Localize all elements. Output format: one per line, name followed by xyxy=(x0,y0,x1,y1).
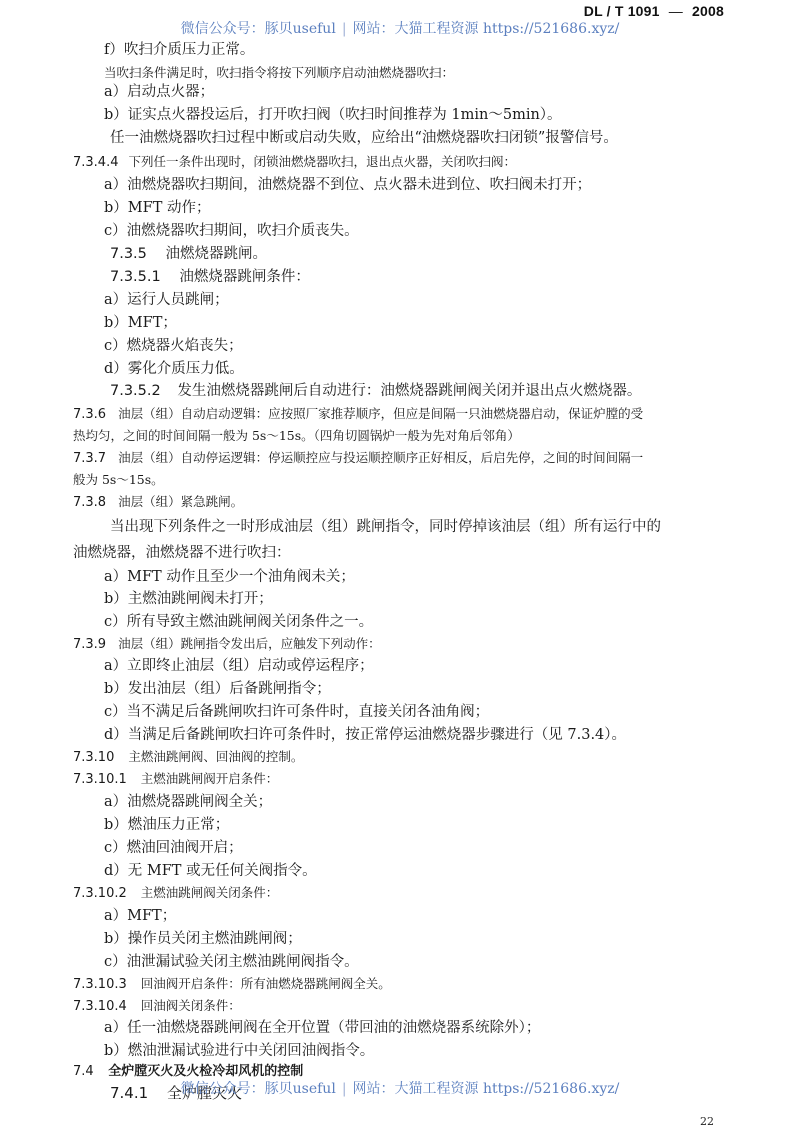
clause-number: 7.3.10.3 xyxy=(73,978,127,991)
clause-text: 下列任一条件出现时，闭锁油燃烧器吹扫，退出点火器，关闭吹扫阀： xyxy=(128,154,516,169)
clause-7-3-7: 7.3.7 油层（组）自动停运逻辑：停运顺控应与投运顺控顺序正好相反，后启先停，… xyxy=(73,452,643,465)
list-item: a）立即终止油层（组）启动或停运程序； xyxy=(104,659,374,674)
clause-7-3-6: 7.3.6 油层（组）自动启动逻辑：应按照厂家推荐顺序，但应是间隔一只油燃烧器启… xyxy=(73,408,643,421)
watermark-bottom: 微信公众号：豚贝useful|网站：大猫工程资源 https://521686.… xyxy=(0,1082,800,1096)
watermark-site: 网站：大猫工程资源 https://521686.xyz/ xyxy=(353,1081,620,1097)
list-item: b）发出油层（组）后备跳闸指令； xyxy=(104,682,331,697)
watermark-separator: | xyxy=(342,1081,347,1097)
clause-number: 7.4 xyxy=(73,1065,94,1078)
watermark-site: 网站：大猫工程资源 https://521686.xyz/ xyxy=(353,21,620,37)
clause-number: 7.3.10 xyxy=(73,751,114,764)
clause-number: 7.3.6 xyxy=(73,408,106,421)
clause-7-3-10-2: 7.3.10.2 主燃油跳闸阀关闭条件： xyxy=(73,887,278,900)
clause-text: 油层（组）紧急跳闸。 xyxy=(118,494,243,509)
clause-text: 油燃烧器跳闸。 xyxy=(166,246,268,262)
section-7-4-heading: 7.4 全炉膛灭火及火检冷却风机的控制 xyxy=(73,1065,303,1078)
clause-7-3-10-4: 7.3.10.4 回油阀关闭条件： xyxy=(73,1000,241,1013)
clause-text: 回油阀开启条件：所有油燃烧器跳闸阀全关。 xyxy=(141,976,391,991)
section-title: 全炉膛灭火及火检冷却风机的控制 xyxy=(108,1064,303,1079)
paragraph: 当出现下列条件之一时形成油层（组）跳闸指令，同时停掉该油层（组）所有运行中的 xyxy=(110,520,661,535)
standard-header: DL / T 1091 — 2008 xyxy=(584,4,724,18)
watermark-wechat: 微信公众号：豚贝useful xyxy=(181,21,336,37)
clause-text: 主燃油跳闸阀、回油阀的控制。 xyxy=(128,749,303,764)
list-item: a）油燃烧器跳闸阀全关； xyxy=(104,795,272,810)
list-item: a）启动点火器； xyxy=(104,85,214,100)
list-item: c）油泄漏试验关闭主燃油跳闸阀指令。 xyxy=(104,955,359,970)
clause-number: 7.3.10.2 xyxy=(73,887,127,900)
clause-7-3-10-1: 7.3.10.1 主燃油跳闸阀开启条件： xyxy=(73,773,278,786)
clause-text: 发生油燃烧器跳闸后自动进行：油燃烧器跳闸阀关闭并退出点火燃烧器。 xyxy=(177,383,641,399)
clause-number: 7.3.8 xyxy=(73,496,106,509)
standard-year: 2008 xyxy=(692,3,724,19)
clause-text: 油层（组）自动停运逻辑：停运顺控应与投运顺控顺序正好相反，后启先停，之间的时间间… xyxy=(118,450,643,465)
standard-code: DL / T 1091 xyxy=(584,3,660,19)
paragraph: 油燃烧器，油燃烧器不进行吹扫： xyxy=(73,546,291,561)
list-item: b）主燃油跳闸阀未打开； xyxy=(104,592,273,607)
clause-number: 7.3.4.4 xyxy=(73,156,118,169)
list-item: a）运行人员跳闸； xyxy=(104,293,229,308)
list-item: b）燃油压力正常； xyxy=(104,818,229,833)
list-item: b）MFT 动作； xyxy=(104,201,210,216)
clause-7-3-10: 7.3.10 主燃油跳闸阀、回油阀的控制。 xyxy=(73,751,303,764)
list-item: b）证实点火器投运后，打开吹扫阀（吹扫时间推荐为 1min～5min）。 xyxy=(104,108,562,123)
list-item: a）油燃烧器吹扫期间，油燃烧器不到位、点火器未进到位、吹扫阀未打开； xyxy=(104,178,591,193)
header-dash: — xyxy=(669,3,683,19)
list-item: b）燃油泄漏试验进行中关闭回油阀指令。 xyxy=(104,1044,374,1059)
clause-number: 7.3.9 xyxy=(73,638,106,651)
clause-text: 油层（组）自动启动逻辑：应按照厂家推荐顺序，但应是间隔一只油燃烧器启动，保证炉膛… xyxy=(118,406,643,421)
watermark-separator: | xyxy=(342,21,347,37)
clause-number: 7.3.10.1 xyxy=(73,773,127,786)
clause-number: 7.3.5.1 xyxy=(110,270,161,285)
paragraph: 热均匀，之间的时间间隔一般为 5s～15s。（四角切圆锅炉一般为先对角后邻角） xyxy=(73,430,520,443)
list-item: a）MFT； xyxy=(104,909,176,924)
list-item: d）雾化介质压力低。 xyxy=(104,362,244,377)
list-item: b）操作员关闭主燃油跳闸阀； xyxy=(104,932,302,947)
clause-text: 油燃烧器跳闸条件： xyxy=(179,269,310,285)
list-item: c）油燃烧器吹扫期间，吹扫介质丧失。 xyxy=(104,224,359,239)
paragraph: 般为 5s～15s。 xyxy=(73,474,164,487)
clause-7-3-8: 7.3.8 油层（组）紧急跳闸。 xyxy=(73,496,243,509)
clause-text: 主燃油跳闸阀关闭条件： xyxy=(141,885,279,900)
clause-number: 7.3.5.2 xyxy=(110,384,161,399)
clause-number: 7.3.5 xyxy=(110,247,147,262)
clause-text: 回油阀关闭条件： xyxy=(141,998,241,1013)
watermark-top: 微信公众号：豚贝useful|网站：大猫工程资源 https://521686.… xyxy=(0,22,800,36)
list-item: f）吹扫介质压力正常。 xyxy=(104,43,254,58)
clause-number: 7.3.10.4 xyxy=(73,1000,127,1013)
clause-7-3-9: 7.3.9 油层（组）跳闸指令发出后，应触发下列动作： xyxy=(73,638,381,651)
clause-7-3-5-1: 7.3.5.1 油燃烧器跳闸条件： xyxy=(110,270,310,285)
list-item: d）无 MFT 或无任何关阀指令。 xyxy=(104,864,317,879)
list-item: d）当满足后备跳闸吹扫许可条件时，按正常停运油燃烧器步骤进行（见 7.3.4）。 xyxy=(104,728,626,743)
paragraph: 当吹扫条件满足时，吹扫指令将按下列顺序启动油燃烧器吹扫： xyxy=(104,67,454,80)
clause-7-3-5: 7.3.5 油燃烧器跳闸。 xyxy=(110,247,267,262)
list-item: c）所有导致主燃油跳闸阀关闭条件之一。 xyxy=(104,615,373,630)
clause-7-3-5-2: 7.3.5.2 发生油燃烧器跳闸后自动进行：油燃烧器跳闸阀关闭并退出点火燃烧器。 xyxy=(110,384,641,399)
clause-text: 油层（组）跳闸指令发出后，应触发下列动作： xyxy=(118,636,381,651)
clause-7-3-4-4: 7.3.4.4 下列任一条件出现时，闭锁油燃烧器吹扫，退出点火器，关闭吹扫阀： xyxy=(73,156,516,169)
list-item: c）燃烧器火焰丧失； xyxy=(104,339,243,354)
list-item: a）MFT 动作且至少一个油角阀未关； xyxy=(104,570,355,585)
page-number: 22 xyxy=(700,1116,714,1127)
paragraph: 任一油燃烧器吹扫过程中断或启动失败，应给出“油燃烧器吹扫闭锁”报警信号。 xyxy=(110,131,618,146)
clause-text: 主燃油跳闸阀开启条件： xyxy=(141,771,279,786)
clause-number: 7.3.7 xyxy=(73,452,106,465)
list-item: c）燃油回油阀开启； xyxy=(104,841,243,856)
watermark-wechat: 微信公众号：豚贝useful xyxy=(181,1081,336,1097)
list-item: a）任一油燃烧器跳闸阀在全开位置（带回油的油燃烧器系统除外）； xyxy=(104,1021,540,1036)
clause-7-3-10-3: 7.3.10.3 回油阀开启条件：所有油燃烧器跳闸阀全关。 xyxy=(73,978,391,991)
list-item: b）MFT； xyxy=(104,316,177,331)
list-item: c）当不满足后备跳闸吹扫许可条件时，直接关闭各油角阀； xyxy=(104,705,489,720)
